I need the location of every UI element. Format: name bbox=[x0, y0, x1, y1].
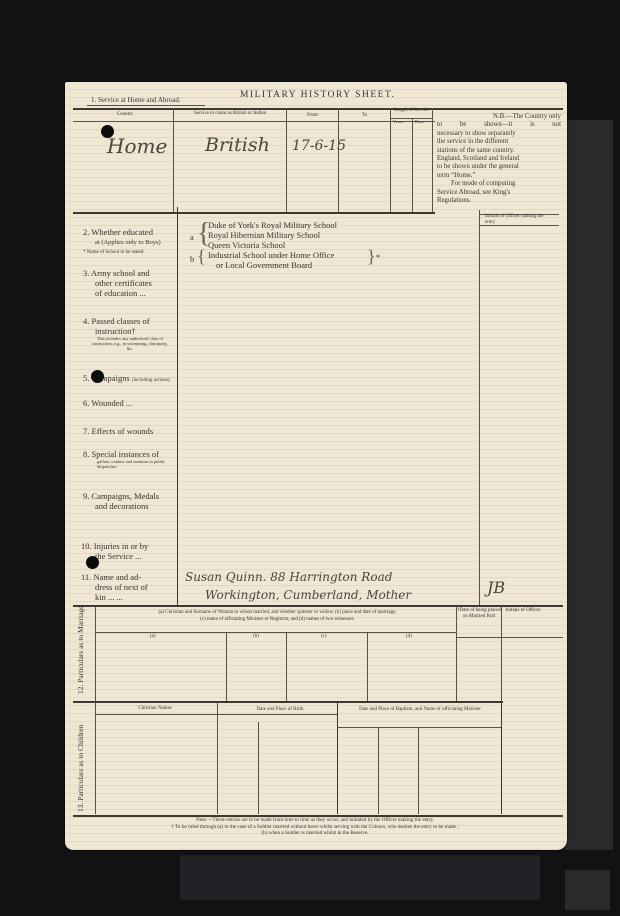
section-3-label: 3. Army school and bbox=[83, 268, 150, 278]
label: Injuries in or by bbox=[94, 541, 149, 551]
marker-b: b bbox=[190, 254, 194, 264]
dark-backing-board bbox=[180, 855, 540, 900]
next-of-kin-line1: Susan Quinn. 88 Harrington Road bbox=[185, 570, 392, 584]
school-name: Duke of York's Royal Military School bbox=[208, 220, 337, 230]
section-9-label: 9. Campaigns, Medals bbox=[83, 491, 159, 501]
col-divider bbox=[390, 108, 391, 212]
col-birth: Date and Place of Birth bbox=[225, 707, 335, 713]
section-2-note: * Name of School to be stated. bbox=[83, 250, 145, 256]
section-11-label2: dress of next of bbox=[95, 582, 148, 592]
header-rule bbox=[73, 121, 435, 122]
page-title: MILITARY HISTORY SHEET. bbox=[240, 90, 395, 100]
section-8-note: gallant conduct and mention in public de… bbox=[97, 459, 177, 469]
header-days: Days bbox=[415, 119, 424, 125]
col-divider bbox=[432, 108, 433, 212]
num: 2. bbox=[83, 227, 89, 237]
section-11-label3: kin ... ... bbox=[95, 592, 123, 602]
note-line: stations of the same country. bbox=[437, 147, 561, 155]
country-entry: Home bbox=[107, 134, 167, 158]
marriage-header-2: (c) name of officiating Minister or Regi… bbox=[100, 617, 455, 623]
col-d: (d) bbox=[406, 634, 412, 640]
note-line: the service in the different bbox=[437, 138, 561, 146]
col-divider bbox=[378, 727, 379, 814]
section-6-label: 6. Wounded ... bbox=[83, 398, 132, 408]
marriage-header-1: (a) Christian and Surname of Woman to wh… bbox=[100, 610, 455, 616]
footnotes: Note.—These entries are to be made from … bbox=[75, 817, 555, 837]
num: 8. bbox=[83, 449, 89, 459]
num: 10. bbox=[81, 541, 92, 551]
asterisk: * bbox=[376, 252, 380, 262]
punch-hole bbox=[101, 125, 114, 138]
section-4-note: This includes any authorised class of in… bbox=[89, 336, 171, 351]
header-to: To bbox=[339, 113, 390, 119]
num: 7. bbox=[83, 426, 89, 436]
school-name: Queen Victoria School bbox=[208, 240, 337, 250]
section-1-label: 1. Service at Home and Abroad. bbox=[91, 96, 181, 104]
footnote-line: (b) when a Soldier is married whilst in … bbox=[75, 830, 555, 837]
header-country: Country bbox=[95, 112, 155, 118]
col-divider bbox=[412, 118, 413, 212]
dark-backing-board bbox=[565, 120, 613, 850]
label: Effects of wounds bbox=[92, 426, 154, 436]
punch-hole bbox=[86, 556, 99, 569]
school-name: Industrial School under Home Office bbox=[208, 250, 334, 260]
label: Passed classes of bbox=[92, 316, 150, 326]
section-10-label2: the Service ... bbox=[95, 551, 142, 561]
col-divider bbox=[258, 722, 259, 814]
note-line: England, Scotland and Ireland bbox=[437, 155, 561, 163]
num: 4. bbox=[83, 316, 89, 326]
col-divider bbox=[337, 702, 338, 814]
header-from: From bbox=[287, 113, 338, 119]
col-divider bbox=[173, 108, 174, 212]
label: Whether educated bbox=[91, 227, 153, 237]
label: Special instances of bbox=[92, 449, 160, 459]
col-divider bbox=[501, 702, 502, 814]
children-header-rule bbox=[337, 727, 501, 728]
num: 11. bbox=[81, 572, 91, 582]
note-line: For mode of computing bbox=[437, 180, 561, 188]
section-2-label: 2. Whether educated bbox=[83, 227, 153, 237]
school-name: or Local Government Board bbox=[208, 260, 334, 270]
nb-note: N.B.—The Country only to be shown—it is … bbox=[437, 113, 561, 205]
num: 9. bbox=[83, 491, 89, 501]
col-divider bbox=[286, 108, 287, 212]
underline bbox=[87, 105, 205, 106]
note-line: to be shown under the general bbox=[437, 163, 561, 171]
note-line: to be shown—it is not bbox=[437, 121, 561, 129]
num: 6. bbox=[83, 398, 89, 408]
section-2-sub: at (Applies only to Boys) bbox=[95, 239, 161, 247]
officer-initials: JB bbox=[487, 578, 505, 597]
section-4-label: 4. Passed classes of bbox=[83, 316, 150, 326]
label-column-rule bbox=[177, 207, 178, 605]
col-divider bbox=[501, 606, 502, 701]
initials-officer-header: Initials of Officer bbox=[503, 608, 543, 614]
label: Wounded ... bbox=[91, 398, 132, 408]
next-of-kin-line2: Workington, Cumberland, Mother bbox=[205, 588, 411, 602]
sub: (including actions) bbox=[132, 378, 170, 383]
section-10-label: 10. Injuries in or by bbox=[81, 541, 148, 551]
section-1-bottom-rule bbox=[73, 212, 435, 214]
school-list-a: Duke of York's Royal Military School Roy… bbox=[208, 220, 337, 250]
from-entry: 17-6-15 bbox=[292, 138, 346, 154]
header-service: Service to count as British or Indian bbox=[180, 111, 280, 117]
section-11-bottom-rule bbox=[73, 605, 563, 607]
col-divider bbox=[418, 727, 419, 814]
label: Name and ad- bbox=[93, 572, 141, 582]
col-christian-names: Christian Names bbox=[105, 706, 205, 712]
col-b: (b) bbox=[253, 634, 259, 640]
col-c: (c) bbox=[321, 634, 327, 640]
section-3-label2: other certificates bbox=[95, 278, 152, 288]
marker-a: a bbox=[190, 232, 194, 242]
col-baptism: Date and Place of Baptism, and Name of o… bbox=[345, 707, 495, 713]
col-a: (a) bbox=[150, 634, 156, 640]
col-divider bbox=[217, 702, 218, 814]
section-7-label: 7. Effects of wounds bbox=[83, 426, 153, 436]
marriage-side-label: 12. Particulars as to Marriage bbox=[77, 605, 85, 694]
label: Army school and bbox=[91, 268, 150, 278]
section-9-label2: and decorations bbox=[95, 501, 149, 511]
punch-hole bbox=[91, 370, 104, 383]
military-history-sheet: MILITARY HISTORY SHEET. 1. Service at Ho… bbox=[65, 82, 567, 850]
col-divider bbox=[338, 108, 339, 212]
marriage-header-rule bbox=[96, 632, 456, 633]
children-header-rule bbox=[96, 714, 337, 715]
col-divider bbox=[286, 632, 287, 701]
table-top-rule bbox=[73, 108, 563, 110]
children-side-label: 13. Particulars as to Children bbox=[77, 725, 85, 812]
initials-column-rule bbox=[479, 210, 480, 605]
brace-b: { bbox=[197, 246, 206, 267]
marriage-side-rule bbox=[95, 606, 96, 701]
initials-header: Initials of Officer making the entry bbox=[485, 214, 545, 226]
col-header-rule bbox=[456, 637, 563, 638]
brace-close: } bbox=[367, 246, 376, 267]
header-length: Length of Service bbox=[391, 108, 432, 114]
children-side-rule bbox=[95, 702, 96, 814]
note-line: Regulations. bbox=[437, 197, 561, 205]
num: 5. bbox=[83, 373, 89, 383]
section-12-bottom-rule bbox=[73, 701, 503, 703]
header-years: Years bbox=[393, 119, 403, 125]
col-divider bbox=[226, 632, 227, 701]
num: 3. bbox=[83, 268, 89, 278]
school-name: Royal Hibernian Military School bbox=[208, 230, 337, 240]
service-entry: British bbox=[205, 134, 270, 156]
section-8-label: 8. Special instances of bbox=[83, 449, 159, 459]
col-divider bbox=[456, 606, 457, 701]
dark-backing-board bbox=[565, 870, 610, 910]
note-line: necessary to show separately bbox=[437, 130, 561, 138]
section-3-label3: of education ... bbox=[95, 288, 146, 298]
section-11-label: 11. Name and ad- bbox=[81, 572, 141, 582]
label: Campaigns, Medals bbox=[92, 491, 160, 501]
married-roll-header: †Date of being placed on Married Roll bbox=[457, 608, 501, 620]
note-line: Service Abroad, see King's bbox=[437, 189, 561, 197]
col-divider bbox=[367, 632, 368, 701]
section-4-label2: instruction† bbox=[95, 326, 136, 336]
note-line: term “Home.” bbox=[437, 172, 561, 180]
note-line: N.B.—The Country only bbox=[437, 113, 561, 121]
school-list-b: Industrial School under Home Office or L… bbox=[208, 250, 334, 270]
